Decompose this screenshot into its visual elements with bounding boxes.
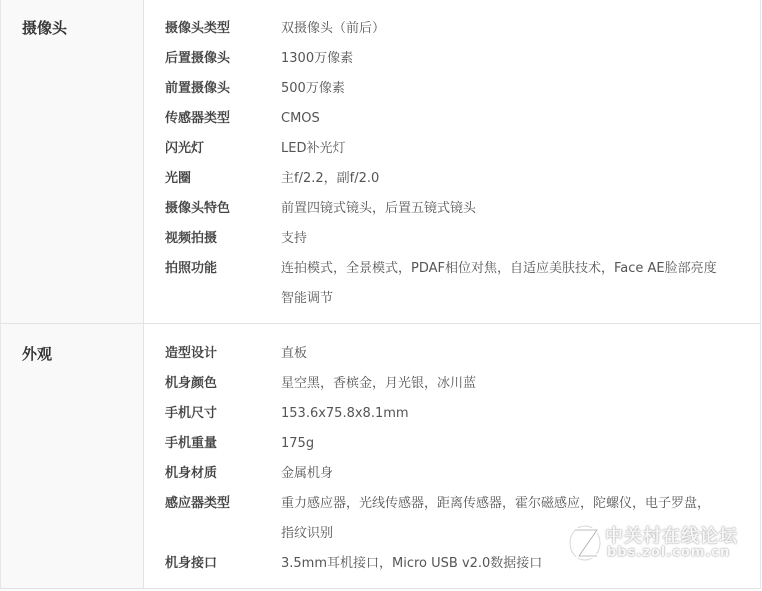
spec-row: 手机重量175g [144,429,760,459]
spec-value: 3.5mm耳机接口，Micro USB v2.0数据接口 [281,549,721,579]
spec-row: 机身接口3.5mm耳机接口，Micro USB v2.0数据接口 [144,549,760,579]
spec-value: 支持 [281,224,721,254]
spec-row: 光圈主f/2.2，副f/2.0 [144,164,760,194]
spec-key: 前置摄像头 [144,74,281,104]
spec-row: 造型设计直板 [144,339,760,369]
spec-row: 拍照功能连拍模式，全景模式，PDAF相位对焦，自适应美肤技术，Face AE脸部… [144,254,760,314]
spec-value: 500万像素 [281,74,721,104]
spec-key: 闪光灯 [144,134,281,164]
spec-value: 153.6x75.8x8.1mm [281,399,721,429]
section-camera: 摄像头 摄像头类型双摄像头（前后） 后置摄像头1300万像素 前置摄像头500万… [1,0,760,324]
spec-key: 机身材质 [144,459,281,489]
spec-key: 造型设计 [144,339,281,369]
spec-row: 摄像头类型双摄像头（前后） [144,14,760,44]
spec-row: 机身颜色星空黑，香槟金，月光银，冰川蓝 [144,369,760,399]
spec-value: 连拍模式，全景模式，PDAF相位对焦，自适应美肤技术，Face AE脸部亮度智能… [281,254,721,314]
section-body: 摄像头类型双摄像头（前后） 后置摄像头1300万像素 前置摄像头500万像素 传… [144,0,760,323]
spec-key: 视频拍摄 [144,224,281,254]
spec-key: 摄像头特色 [144,194,281,224]
spec-value: LED补光灯 [281,134,721,164]
spec-key: 摄像头类型 [144,14,281,44]
spec-row: 传感器类型CMOS [144,104,760,134]
spec-key: 手机重量 [144,429,281,459]
spec-value: 1300万像素 [281,44,721,74]
spec-table: 摄像头 摄像头类型双摄像头（前后） 后置摄像头1300万像素 前置摄像头500万… [0,0,761,589]
spec-value: 金属机身 [281,459,721,489]
spec-value: 双摄像头（前后） [281,14,721,44]
spec-key: 手机尺寸 [144,399,281,429]
section-title: 外观 [1,324,144,588]
spec-value: 主f/2.2，副f/2.0 [281,164,721,194]
spec-value: CMOS [281,104,721,134]
spec-row: 手机尺寸153.6x75.8x8.1mm [144,399,760,429]
spec-value: 直板 [281,339,721,369]
spec-row: 感应器类型重力感应器，光线传感器，距离传感器，霍尔磁感应，陀螺仪，电子罗盘，指纹… [144,489,760,549]
spec-key: 感应器类型 [144,489,281,519]
section-appearance: 外观 造型设计直板 机身颜色星空黑，香槟金，月光银，冰川蓝 手机尺寸153.6x… [1,324,760,589]
spec-key: 传感器类型 [144,104,281,134]
section-title: 摄像头 [1,0,144,323]
spec-row: 摄像头特色前置四镜式镜头，后置五镜式镜头 [144,194,760,224]
spec-row: 前置摄像头500万像素 [144,74,760,104]
spec-value: 175g [281,429,721,459]
spec-row: 视频拍摄支持 [144,224,760,254]
section-body: 造型设计直板 机身颜色星空黑，香槟金，月光银，冰川蓝 手机尺寸153.6x75.… [144,324,760,588]
spec-value: 重力感应器，光线传感器，距离传感器，霍尔磁感应，陀螺仪，电子罗盘，指纹识别 [281,489,721,549]
spec-key: 后置摄像头 [144,44,281,74]
spec-row: 后置摄像头1300万像素 [144,44,760,74]
spec-key: 机身接口 [144,549,281,579]
spec-key: 拍照功能 [144,254,281,284]
spec-value: 前置四镜式镜头，后置五镜式镜头 [281,194,721,224]
spec-value: 星空黑，香槟金，月光银，冰川蓝 [281,369,721,399]
spec-key: 机身颜色 [144,369,281,399]
spec-key: 光圈 [144,164,281,194]
spec-row: 机身材质金属机身 [144,459,760,489]
spec-row: 闪光灯LED补光灯 [144,134,760,164]
